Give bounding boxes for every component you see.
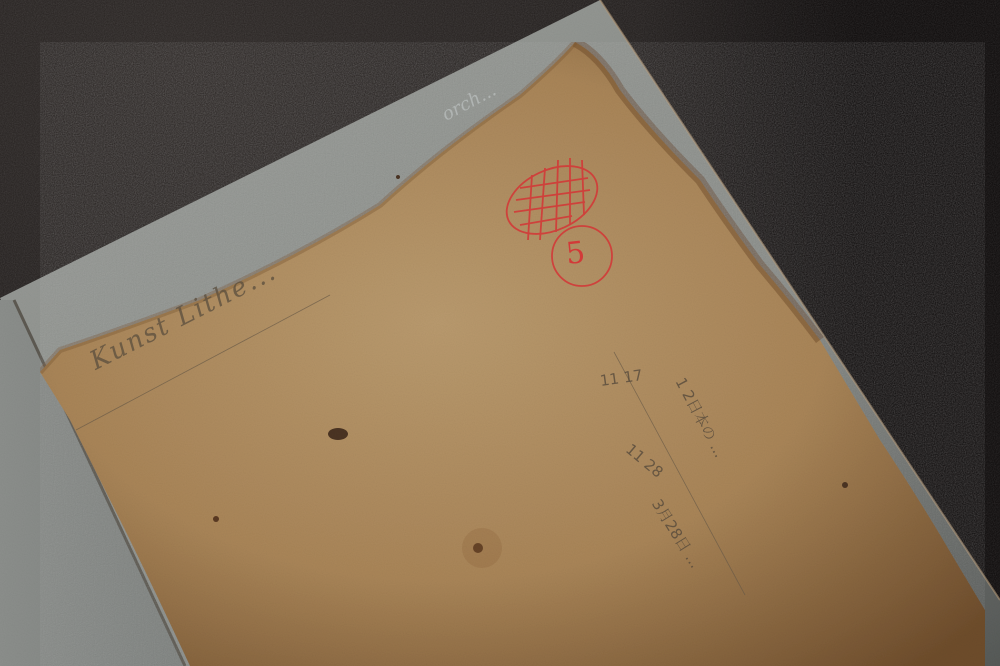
album-page-illustration — [0, 0, 1000, 666]
aged-paper-sheet — [40, 42, 985, 666]
photo-scene: 5 Kunst Lithe... orch... 11 17 1 2日本の ..… — [0, 0, 1000, 666]
